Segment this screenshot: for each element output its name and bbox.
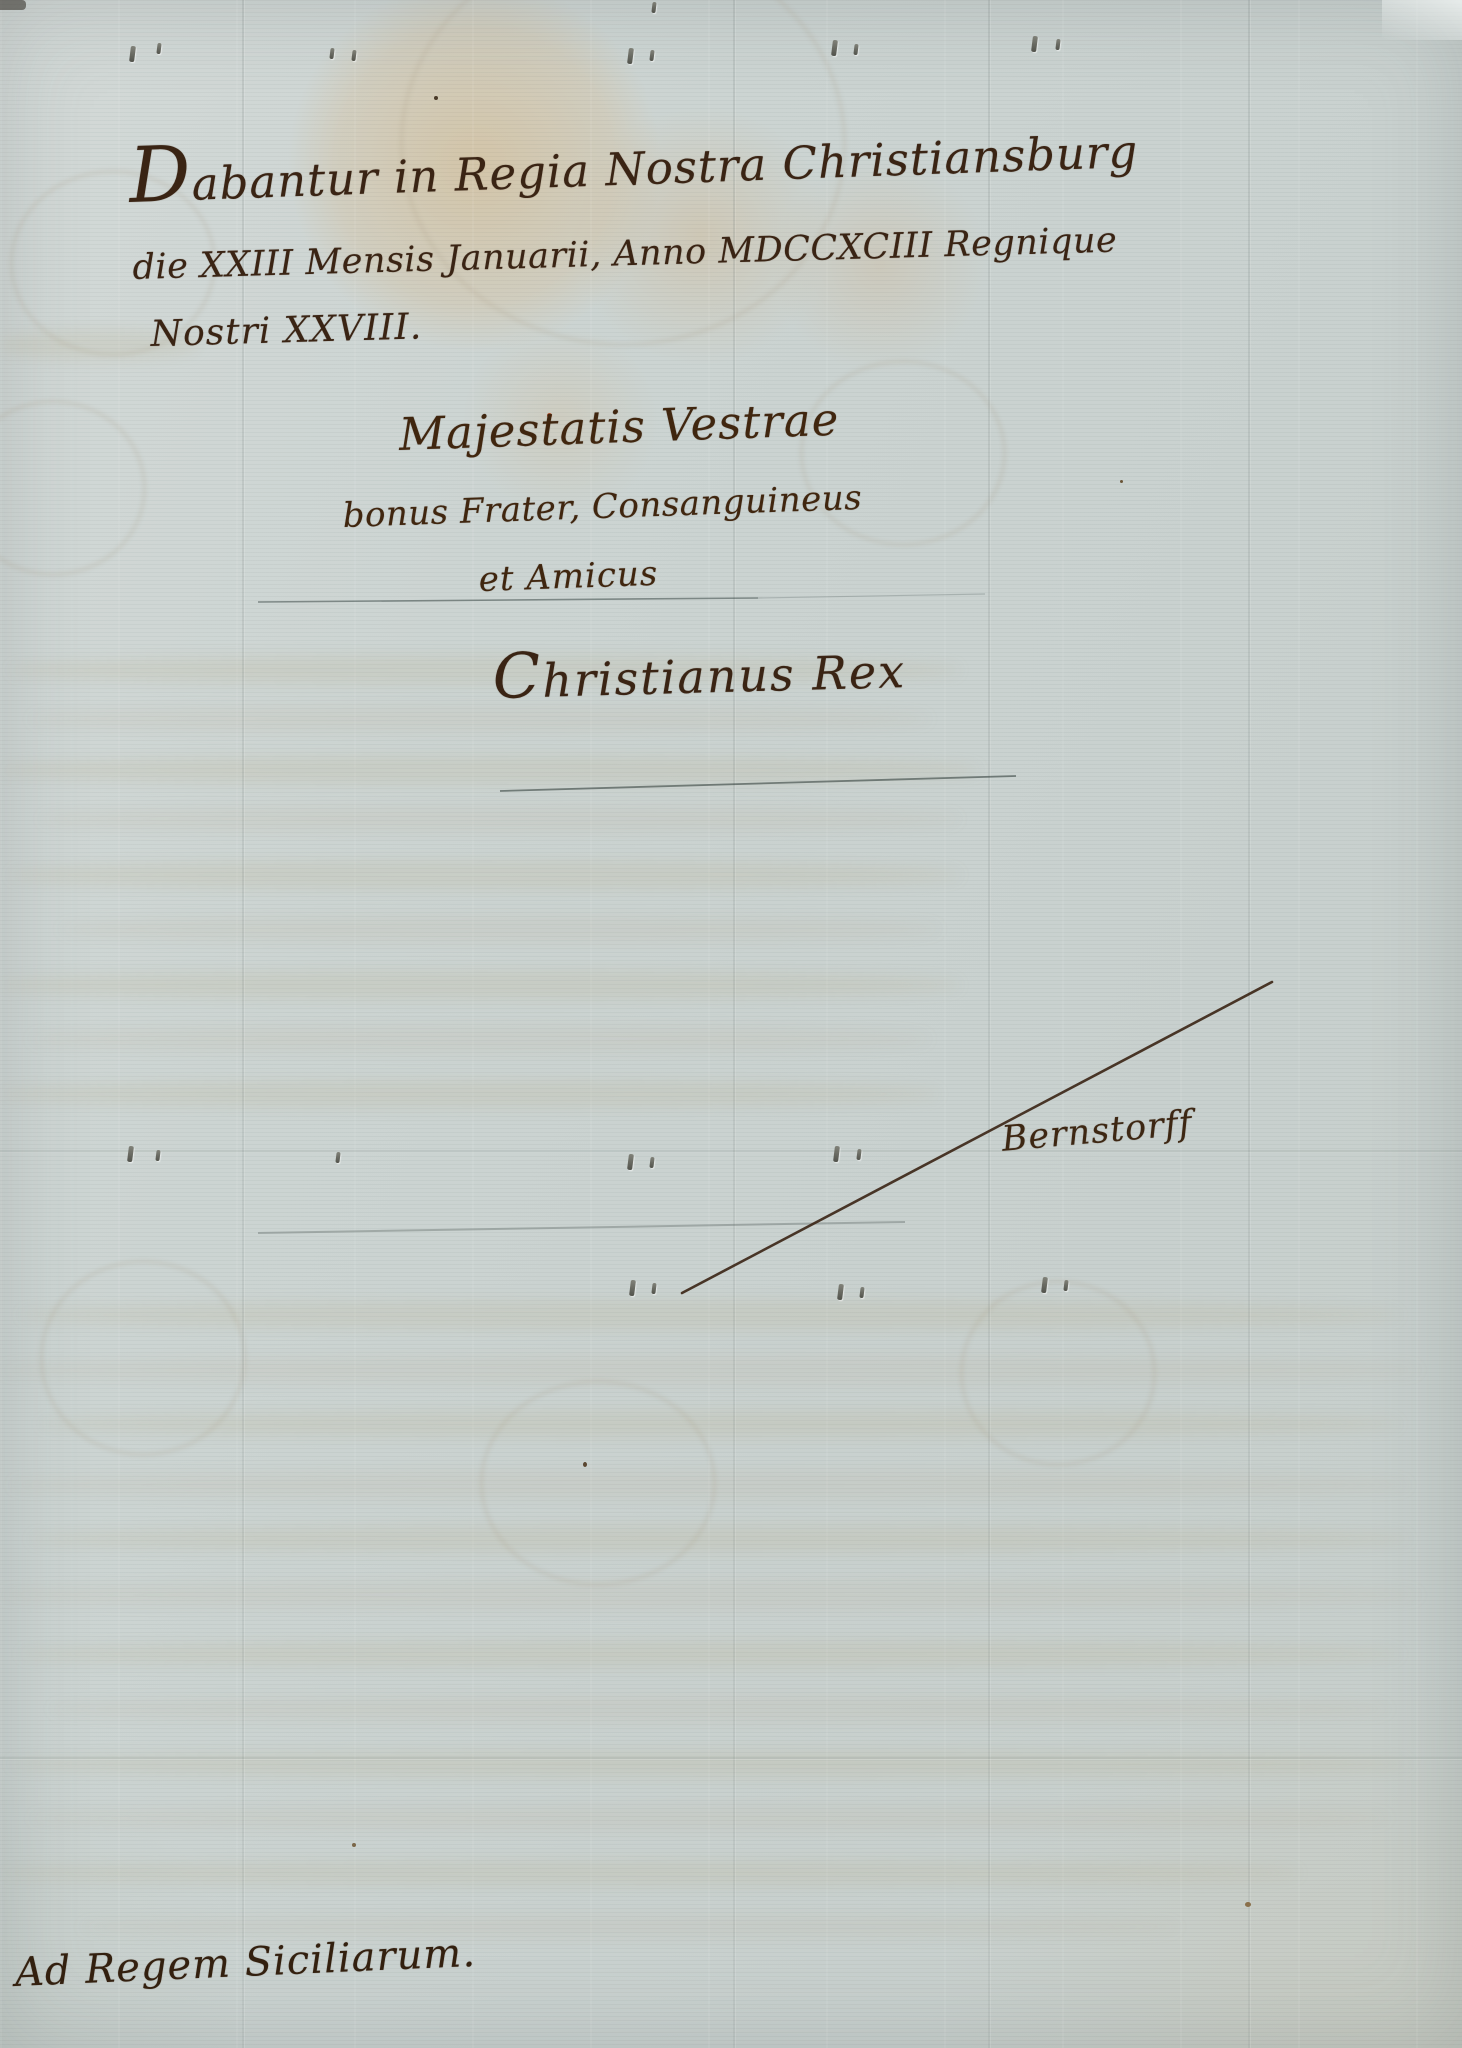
bleed-through-row [10,860,960,890]
ink-speck [434,96,438,100]
bleed-through-row [20,1640,1400,1668]
stitch-hole [833,1146,840,1162]
ink-speck [583,1462,587,1467]
manuscript-page: Dabantur in Regia Nostra Christiansburg … [0,0,1462,2048]
docket-note: Ad Regem Siciliarum. [14,1930,477,1996]
dateline-regnal-year: Nostri XXVIII. [150,306,423,355]
bleed-through-row [10,1470,1410,1500]
bleed-through-row [20,1300,1400,1330]
stitch-hole [335,1152,340,1163]
fold-crease-vertical [242,0,244,2048]
bleed-through-row [50,1695,1390,1723]
stitch-hole [856,1149,861,1160]
ink-speck [1120,480,1123,483]
fold-crease-horizontal [0,1150,1462,1152]
stitch-hole [651,1283,656,1294]
seal-ring-impression [0,400,146,576]
stitch-hole [329,48,334,59]
bleed-through-row [0,755,980,785]
fold-crease-line [258,1222,905,1233]
bleed-through-row [10,1750,1410,1778]
stitch-hole [155,1150,160,1161]
stitch-hole [837,1284,844,1300]
stitch-hole [831,40,838,56]
fold-crease-horizontal [0,1757,1462,1759]
stitch-hole [127,1146,134,1162]
bleed-through-row [40,805,960,833]
edge-mark [0,0,26,10]
stitch-hole [627,1154,634,1170]
valediction-majestatis: Majestatis Vestrae [398,393,840,461]
stitch-hole [129,46,136,62]
bleed-through-row [30,1525,1410,1553]
stitch-hole [351,50,356,61]
bleed-through-row [30,1805,1390,1831]
bleed-through-row [60,915,940,943]
stitch-hole [853,44,858,55]
royal-signature: Christianus Rex [492,641,907,709]
stain-speck [352,1843,356,1847]
bleed-through-row [0,1580,1420,1610]
bleed-through-row [30,1025,930,1053]
fold-crease-line [758,594,985,598]
bleed-through-row [0,1080,940,1108]
paper-edge-highlight [1382,0,1462,40]
valediction-frater: bonus Frater, Consanguineus [342,478,863,536]
stitch-hole [629,1280,636,1296]
stitch-hole [1031,36,1038,52]
valediction-amicus: et Amicus [478,554,659,600]
bleed-through-row [30,705,930,733]
bleed-through-row [80,1915,1180,1939]
stain-speck [1245,1902,1251,1907]
stitch-hole [859,1287,864,1298]
bleed-through-row [0,970,960,1000]
stitch-hole [1055,39,1060,50]
fold-crease-vertical [988,0,990,2048]
fold-crease-vertical [733,0,735,2048]
bleed-through-row [0,1860,1300,1886]
stitch-hole [649,1157,654,1168]
fold-crease-vertical [1248,0,1250,2048]
stitch-hole [156,43,161,54]
bleed-through-row [0,1355,1420,1385]
bleed-through-row [40,1410,1400,1438]
